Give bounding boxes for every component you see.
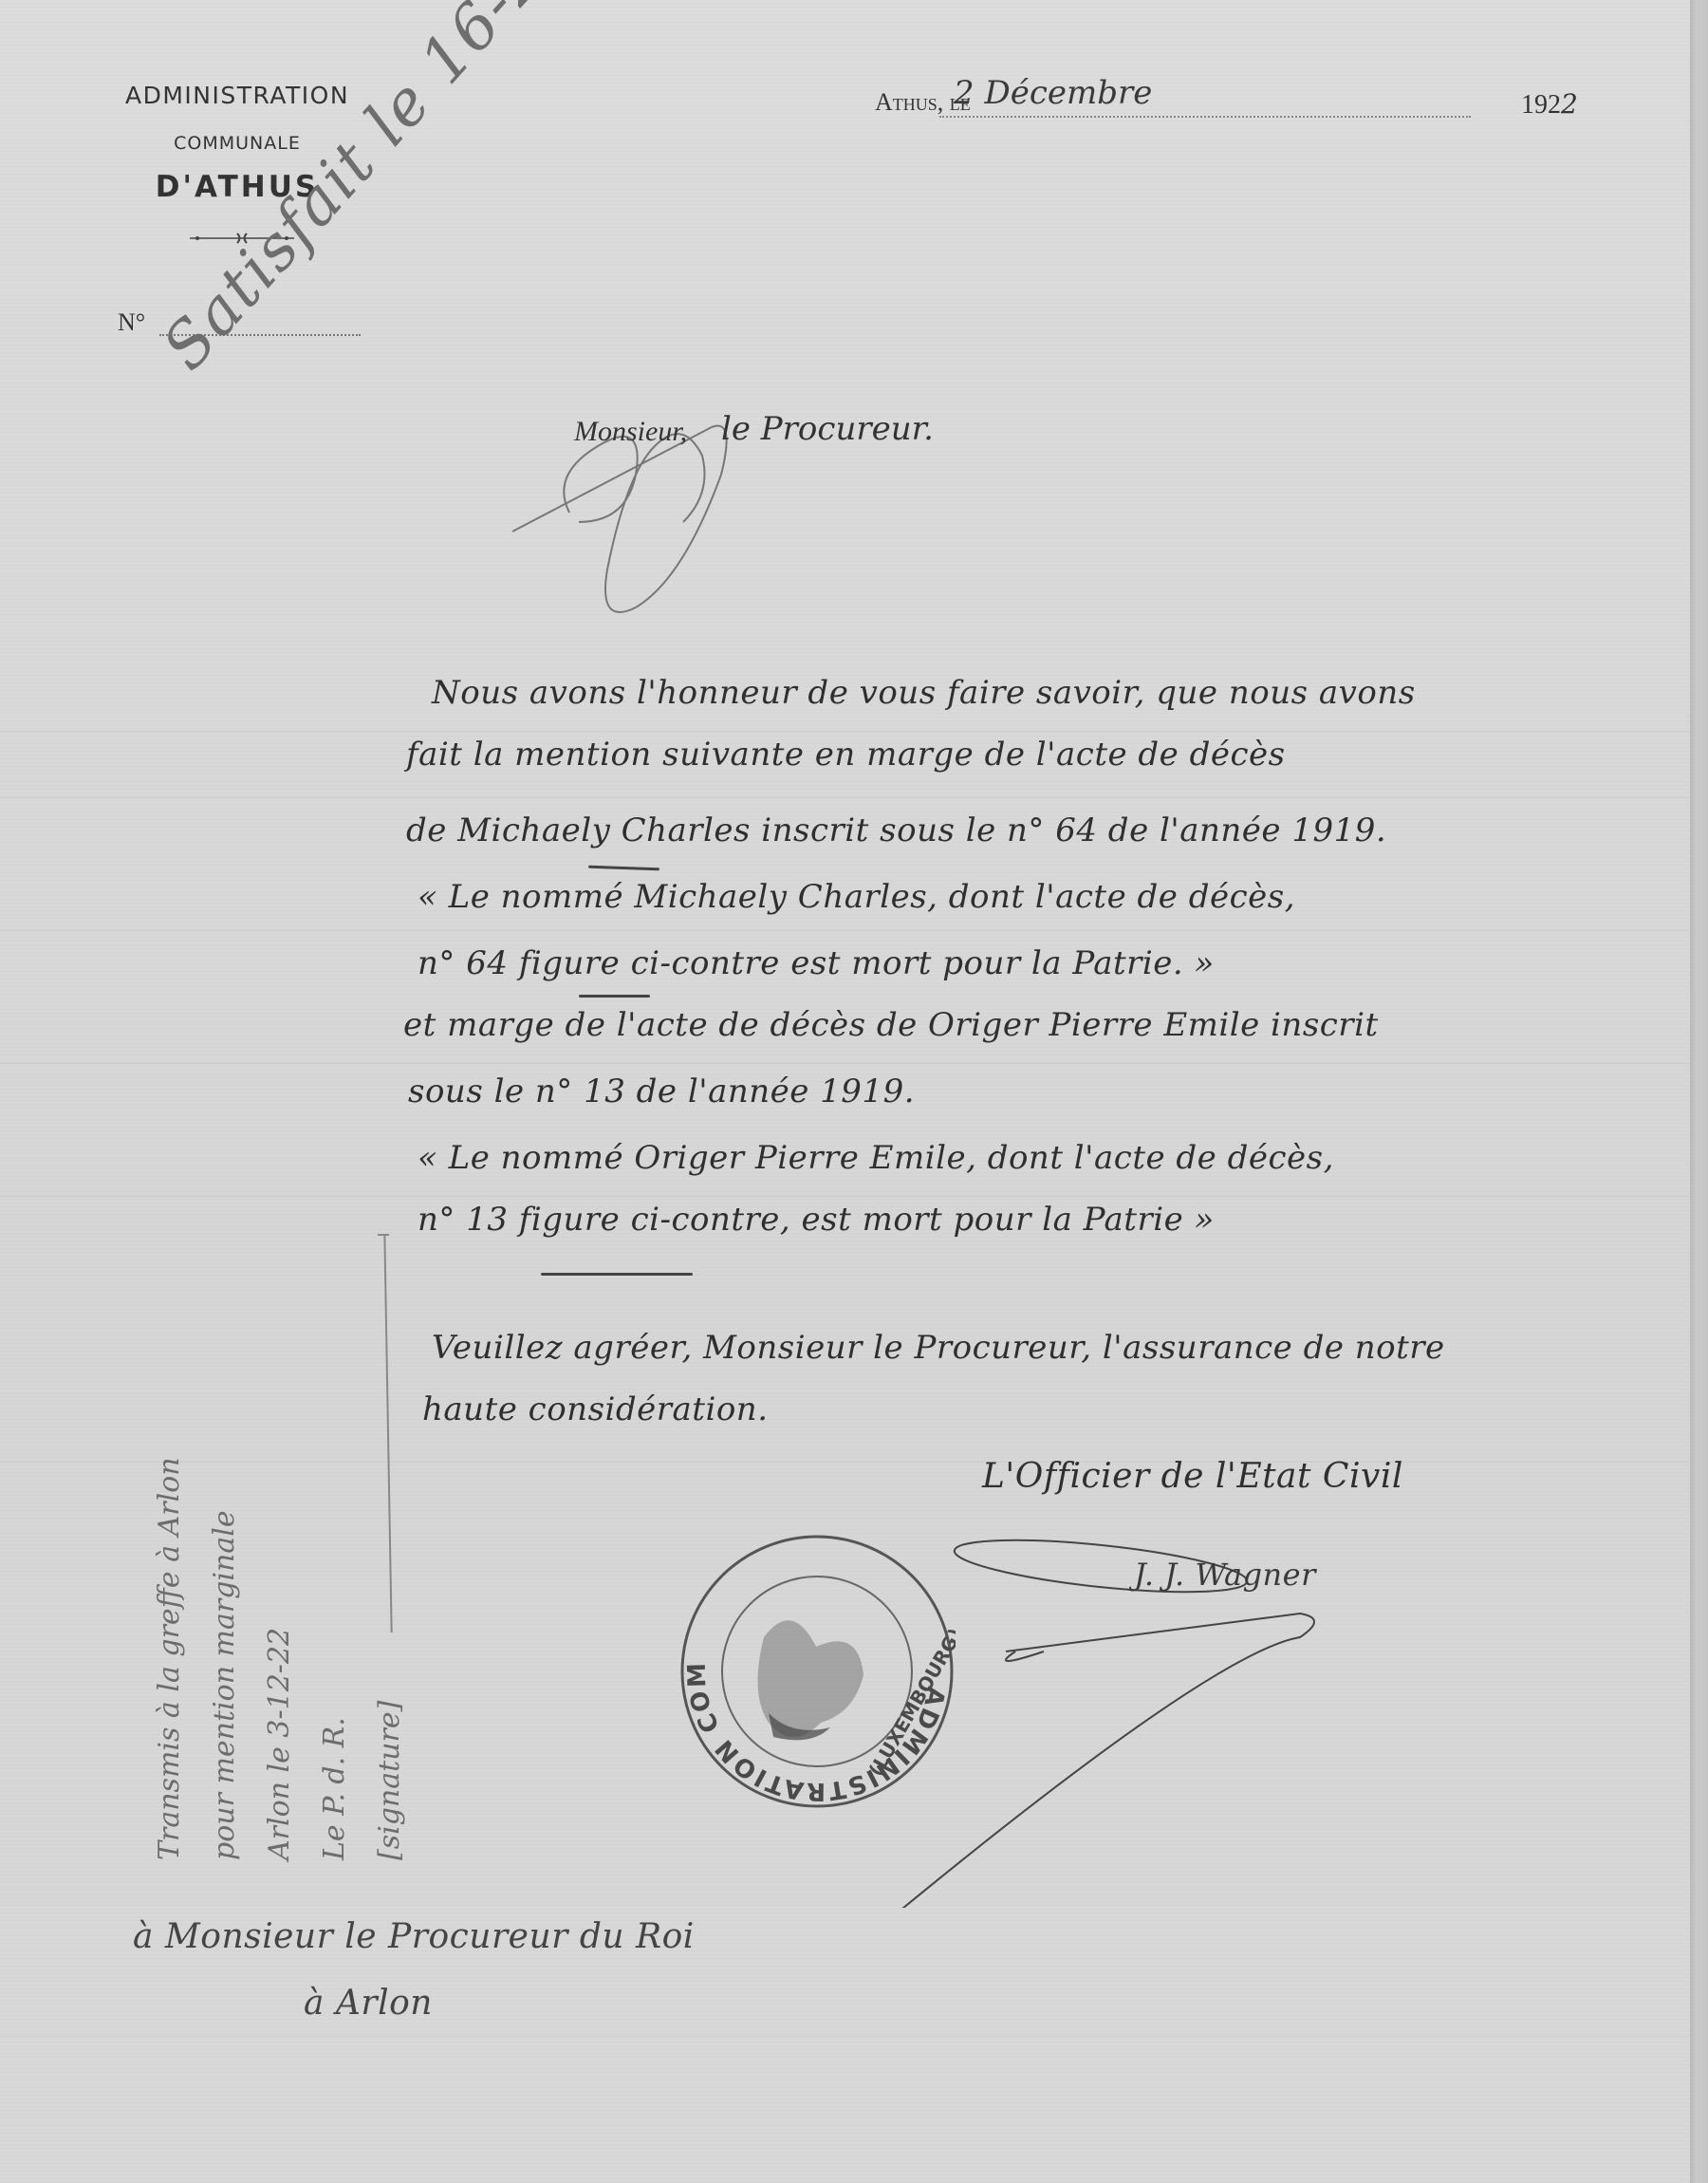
body-line: et marge de l'acte de décès de Origer Pi… [403, 1006, 1379, 1044]
date-year-printed: 192 [1521, 90, 1561, 120]
scan-edge-strip [1690, 0, 1708, 2183]
body-line: sous le n° 13 de l'année 1919. [408, 1073, 915, 1110]
body-line: n° 13 figure ci-contre, est mort pour la… [418, 1201, 1215, 1239]
recipient-city: à Arlon [304, 1984, 433, 2023]
paper-rule [0, 1063, 1690, 1064]
paper-rule [0, 1196, 1690, 1197]
closing-line: Veuillez agréer, Monsieur le Procureur, … [432, 1329, 1445, 1367]
paper-rule [0, 731, 1690, 732]
date-handwritten: 2 Décembre [954, 74, 1152, 112]
underline-mark [579, 995, 650, 998]
margin-note-line: Le P. d. R. [307, 1457, 362, 1860]
body-line: « Le nommé Origer Pierre Emile, dont l'a… [418, 1139, 1334, 1177]
paper-rule [0, 930, 1690, 931]
body-line: Nous avons l'honneur de vous faire savoi… [432, 674, 1416, 712]
salutation-handwritten: le Procureur. [721, 410, 934, 448]
closing-line: haute considération. [422, 1390, 769, 1428]
signature-title: L'Officier de l'Etat Civil [982, 1457, 1403, 1496]
margin-note: Transmis à la greffe à Arlon pour mentio… [142, 1457, 418, 1860]
body-line: n° 64 figure ci-contre est mort pour la … [418, 944, 1215, 982]
separator-line [541, 1273, 693, 1276]
paper-rule [0, 2036, 1690, 2037]
salutation-printed: Monsieur, [574, 416, 687, 448]
municipal-stamp-icon: ADMINISTRATION COMMUNALE D'ATHUS (LUXEMB… [678, 1533, 956, 1810]
date-year: 1922 [1521, 88, 1578, 121]
margin-note-line: Arlon le 3-12-22 [252, 1457, 307, 1860]
body-line: fait la mention suivante en marge de l'a… [406, 736, 1286, 774]
date-year-handwritten: 2 [1561, 88, 1578, 120]
recipient-line: à Monsieur le Procureur du Roi [133, 1917, 695, 1956]
signature-name: J. J. Wagner [1134, 1557, 1316, 1593]
reference-number-label: N° [118, 308, 145, 337]
pencil-paraphe-icon [493, 285, 778, 626]
body-line: « Le nommé Michaely Charles, dont l'acte… [418, 878, 1295, 916]
body-line: de Michaely Charles inscrit sous le n° 6… [406, 812, 1386, 849]
margin-note-line: Transmis à la greffe à Arlon [142, 1457, 197, 1860]
margin-note-line: pour mention marginale [197, 1457, 252, 1860]
date-dotted-line [939, 116, 1471, 118]
paper-rule [0, 797, 1690, 798]
